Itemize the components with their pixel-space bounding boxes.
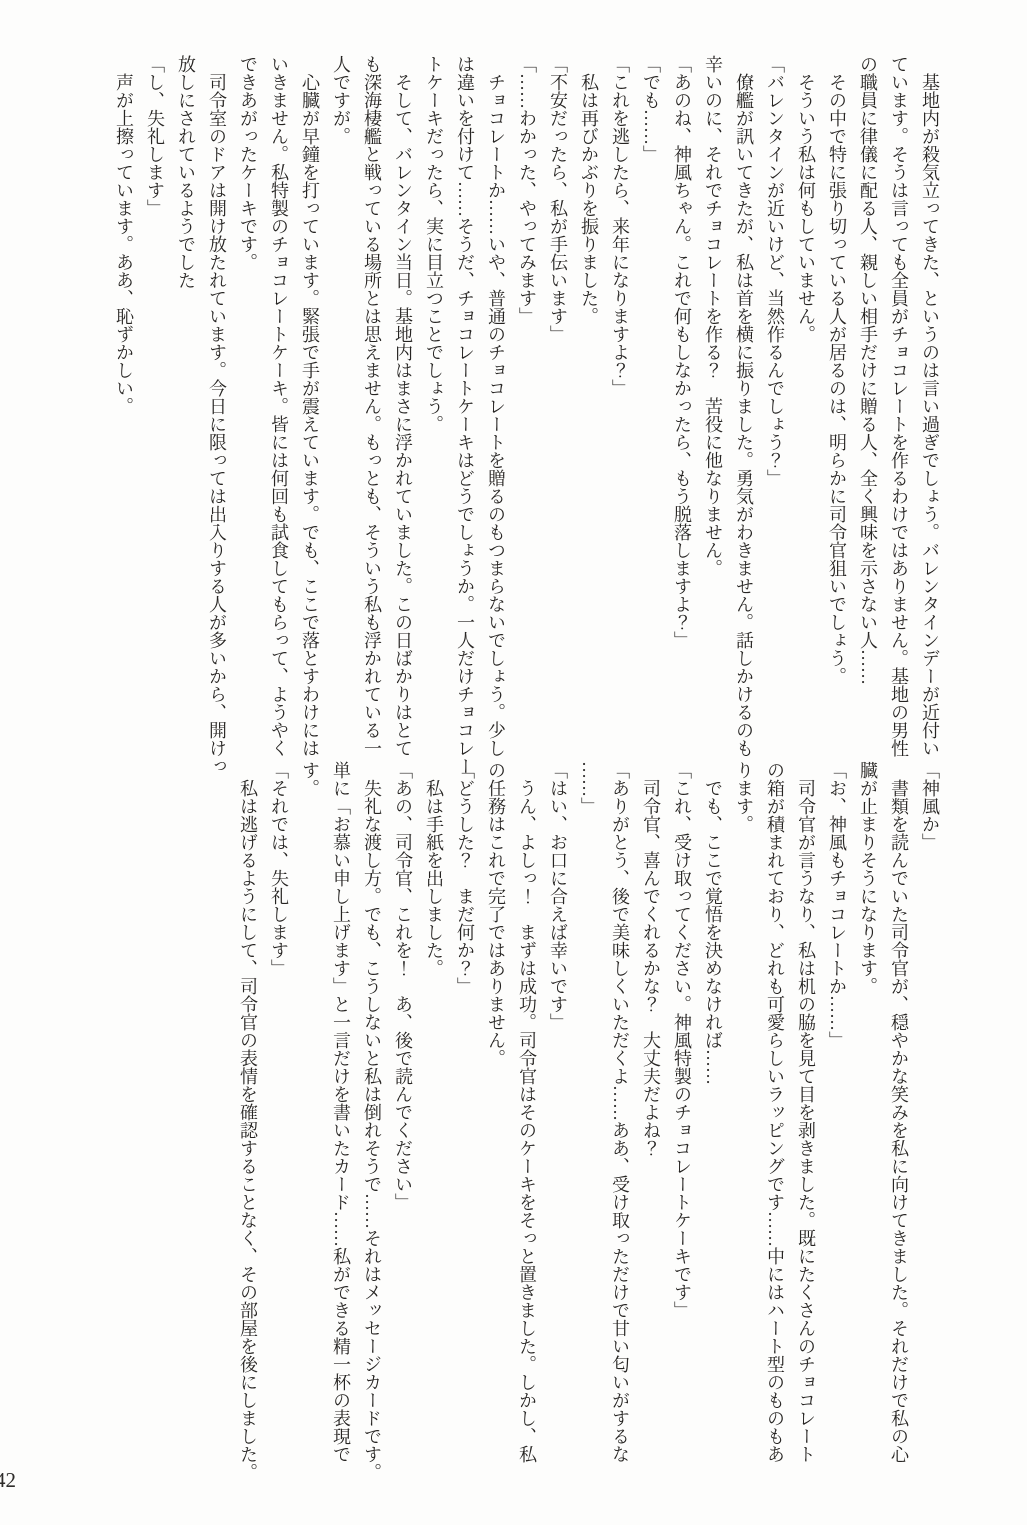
- text-column: 声が上擦っています。ああ、恥ずかしい。: [108, 55, 139, 777]
- text-column: 「これを逃したら、来年になりますよ？」: [604, 55, 635, 777]
- text-column: トケーキだったら、実に目立つことでしょう。: [418, 55, 449, 777]
- text-column: チョコレートか……いや、普通のチョコレートを贈るのもつまらないでしょう。少し: [480, 55, 511, 777]
- text-column: 「これ、受け取ってください。神風特製のチョコレートケーキです」: [666, 761, 697, 1483]
- text-column: そして、バレンタイン当日。基地内はまさに浮かれていました。この日ばかりはとて: [387, 55, 418, 777]
- text-column: 「あのね、神風ちゃん。これで何もしなかったら、もう脱落しますよ？」: [666, 55, 697, 777]
- text-column: 司令官、喜んでくれるかな？ 大丈夫だよね？: [635, 761, 666, 1483]
- text-column: 心臓が早鐘を打っています。緊張で手が震えています。でも、ここで落とすわけには: [294, 55, 325, 777]
- text-column: 「し、失礼します」: [139, 55, 170, 777]
- text-column: 「お、神風もチョコレートか……」: [821, 761, 852, 1483]
- text-column: 「それでは、失礼します」: [263, 761, 294, 1483]
- text-column: 「あの、司令官、これを！ あ、後で読んでください」: [387, 761, 418, 1483]
- page-number: 42: [0, 1468, 16, 1493]
- text-column: 「ありがとう、後で美味しくいただくよ……ああ、受け取っただけで甘い匂いがするな: [604, 761, 635, 1483]
- text-column: 私は手紙を出しました。: [418, 761, 449, 1483]
- text-column: 放しにされているようでした: [170, 55, 201, 777]
- text-column: 基地内が殺気立ってきた、というのは言い過ぎでしょう。バレンタインデーが近付い: [914, 55, 945, 777]
- lower-text-block: 「神風か」 書類を読んでいた司令官が、穏やかな笑みを私に向けてきました。それだけ…: [232, 761, 945, 1483]
- text-column: は違いを付けて……そうだ、チョコレートケーキはどうでしょうか。一人だけチョコレー: [449, 55, 480, 777]
- text-column: も深海棲艦と戦っている場所とは思えません。もっとも、そういう私も浮かれている一: [356, 55, 387, 777]
- text-column: す。: [294, 761, 325, 1483]
- text-column: 「不安だったら、私が手伝います」: [542, 55, 573, 777]
- text-column: 私は再びかぶりを振りました。: [573, 55, 604, 777]
- text-column: 僚艦が訊いてきたが、私は首を横に振りました。勇気がわきません。話しかけるのも: [728, 55, 759, 777]
- text-column: できあがったケーキです。: [232, 55, 263, 777]
- text-column: 臓が止まりそうになります。: [852, 761, 883, 1483]
- text-column: 司令官が言うなり、私は机の脇を見て目を剥きました。既にたくさんのチョコレート: [790, 761, 821, 1483]
- text-column: 「バレンタインが近いけど、当然作るんでしょう？」: [759, 55, 790, 777]
- text-column: その中で特に張り切っている人が居るのは、明らかに司令官狙いでしょう。: [821, 55, 852, 777]
- text-column: いきません。私特製のチョコレートケーキ。皆には何回も試食してもらって、ようやく: [263, 55, 294, 777]
- text-column: 「……わかった、やってみます」: [511, 55, 542, 777]
- text-column: の箱が積まれており、どれも可愛らしいラッピングです……中にはハート型のものもあ: [759, 761, 790, 1483]
- text-column: 「でも……」: [635, 55, 666, 777]
- text-column: 「どうした？ まだ何か？」: [449, 761, 480, 1483]
- text-column: でも、ここで覚悟を決めなければ……: [697, 761, 728, 1483]
- text-column: うん、よしっ！ まずは成功。司令官はそのケーキをそっと置きました。しかし、私: [511, 761, 542, 1483]
- text-column: そういう私は何もしていません。: [790, 55, 821, 777]
- text-column: ……」: [573, 761, 604, 1483]
- text-column: 「はい、お口に合えば幸いです」: [542, 761, 573, 1483]
- text-column: 失礼な渡し方。でも、こうしないと私は倒れそうで……それはメッセージカードです。: [356, 761, 387, 1483]
- text-column: 私は逃げるようにして、司令官の表情を確認することなく、その部屋を後にしました。: [232, 761, 263, 1483]
- text-column: の任務はこれで完了ではありません。: [480, 761, 511, 1483]
- text-column: 書類を読んでいた司令官が、穏やかな笑みを私に向けてきました。それだけで私の心: [883, 761, 914, 1483]
- text-column: の職員に律儀に配る人、親しい相手だけに贈る人、全く興味を示さない人……: [852, 55, 883, 777]
- text-column: 人ですが。: [325, 55, 356, 777]
- text-column: 司令室のドアは開け放たれています。今日に限っては出入りする人が多いから、開けっ: [201, 55, 232, 777]
- text-column: 辛いのに、それでチョコレートを作る？ 苦役に他なりません。: [697, 55, 728, 777]
- text-column: 「神風か」: [914, 761, 945, 1483]
- text-column: 単に「お慕い申し上げます」と一言だけを書いたカード……私ができる精一杯の表現で: [325, 761, 356, 1483]
- text-column: ています。そうは言っても全員がチョコレートを作るわけではありません。基地の男性: [883, 55, 914, 777]
- text-column: ります。: [728, 761, 759, 1483]
- document-page: 基地内が殺気立ってきた、というのは言い過ぎでしょう。バレンタインデーが近付いてい…: [0, 0, 1027, 1525]
- upper-text-block: 基地内が殺気立ってきた、というのは言い過ぎでしょう。バレンタインデーが近付いてい…: [108, 55, 945, 777]
